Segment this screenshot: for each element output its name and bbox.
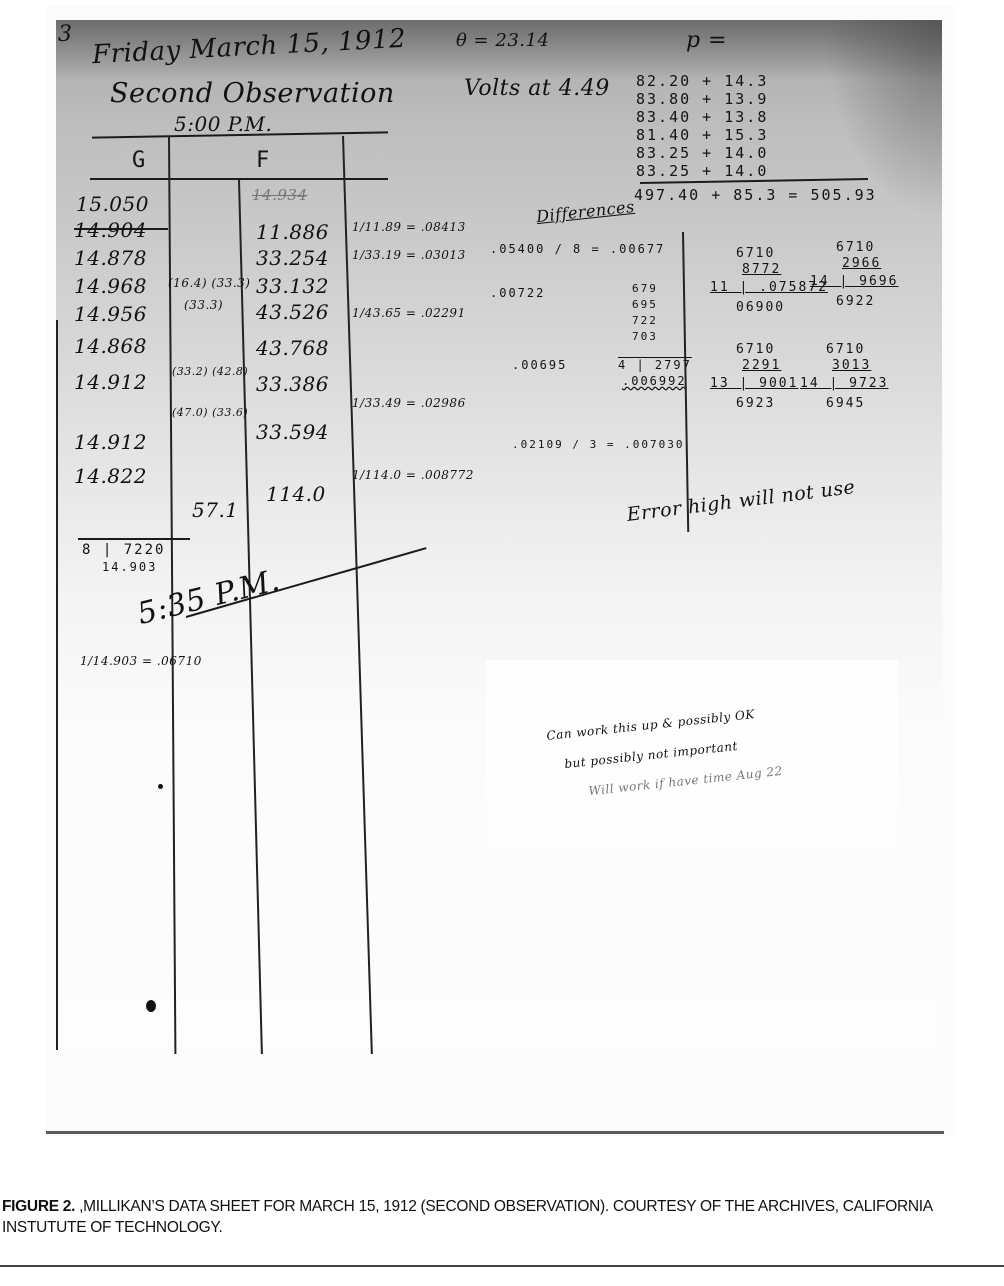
difference-item: .00695	[512, 358, 567, 372]
crossed-out-value: 14.934	[252, 186, 308, 204]
difference-item: .05400 / 8 = .00677	[490, 242, 665, 256]
division-result: 6922	[836, 294, 875, 309]
volts: Volts at 4.49	[464, 76, 610, 101]
reciprocal-row: 1/11.89 = .08413	[352, 220, 466, 234]
footer-rule	[0, 1265, 1004, 1267]
observation-title: Second Observation	[110, 78, 395, 109]
division-line: 2291	[742, 358, 781, 373]
division-line: 6710	[736, 246, 775, 261]
photo-bottom-rule	[46, 1131, 944, 1134]
g-value: 15.050	[76, 192, 149, 216]
g-value: 14.956	[74, 302, 147, 326]
pressure-row: 81.40 + 15.3	[636, 126, 768, 144]
division-line: 8772	[742, 262, 781, 277]
caption-text: ,MILLIKAN’S DATA SHEET FOR MARCH 15, 191…	[2, 1198, 932, 1236]
g-value: 14.878	[74, 246, 147, 270]
division-line: 6710	[736, 342, 775, 357]
pressure-row: 83.25 + 14.0	[636, 162, 768, 180]
g-value: 14.868	[74, 334, 147, 358]
ink-blot	[158, 784, 163, 789]
mid-note: (47.0) (33.6)	[172, 406, 248, 419]
f-value: 43.768	[256, 336, 329, 360]
mean-division: 8 | 7220	[82, 542, 165, 558]
mean-rule	[78, 538, 190, 540]
f-value: 33.386	[256, 372, 329, 396]
column-header-g: G	[132, 148, 147, 173]
division-dividend: 14 | 9696	[810, 274, 898, 289]
difference-value: 722	[632, 314, 658, 327]
error-note: Error high will not use	[626, 476, 857, 526]
difference-item: .00722	[490, 286, 545, 300]
reciprocal-row: 1/43.65 = .02291	[352, 306, 466, 320]
division-dividend: 13 | 9001	[710, 376, 798, 391]
sheet-date: Friday March 15, 1912	[91, 24, 406, 70]
division-line: 6710	[826, 342, 865, 357]
note-line: but possibly not important	[564, 739, 739, 771]
division-result: 6945	[826, 396, 865, 411]
column-divider	[342, 136, 373, 1054]
f-value: 33.594	[256, 420, 329, 444]
difference-value: 679	[632, 282, 658, 295]
mid-note: (33.3)	[184, 298, 223, 312]
g-mean: 14.903	[102, 560, 157, 574]
pressure-row: 83.80 + 13.9	[636, 90, 768, 108]
reciprocal-mean: 1/14.903 = .06710	[80, 654, 202, 668]
f-value: 33.254	[256, 246, 329, 270]
pressure-label: p =	[686, 28, 727, 53]
difference-value: 695	[632, 298, 658, 311]
page-mark: 3	[58, 22, 73, 47]
mid-note: 57.1	[192, 498, 239, 522]
division-line: 3013	[832, 358, 871, 373]
division-result: 6923	[736, 396, 775, 411]
division-dividend: 14 | 9723	[800, 376, 888, 391]
mid-note: (16.4) (33.3)	[168, 276, 250, 290]
mid-note: (33.2) (42.8)	[172, 365, 248, 378]
reciprocal-row: 1/33.19 = .03013	[352, 248, 466, 262]
column-header-f: F	[256, 148, 271, 173]
f-value: 11.886	[256, 220, 329, 244]
f-value: 33.132	[256, 274, 329, 298]
reciprocal-row: 1/33.49 = .02986	[352, 396, 466, 410]
note-line: Will work if have time Aug 22	[588, 764, 783, 798]
ink-blot	[146, 1000, 156, 1012]
differences-label: Differences	[535, 197, 635, 226]
g-value: 14.904	[74, 218, 147, 242]
temperature: θ = 23.14	[456, 30, 549, 51]
division-line: 6710	[836, 240, 875, 255]
g-value: 14.968	[74, 274, 147, 298]
division-result: 06900	[736, 300, 785, 315]
data-sheet-photo: 3 Friday March 15, 1912 Second Observati…	[56, 20, 942, 1054]
pressure-row: 83.25 + 14.0	[636, 144, 768, 162]
differences-mean: .006992	[622, 374, 687, 388]
pasted-note: Can work this up & possibly OK but possi…	[486, 660, 898, 850]
sheet-edge	[56, 320, 58, 1050]
pressure-row: 82.20 + 14.3	[636, 72, 768, 90]
pressure-row: 83.40 + 13.8	[636, 108, 768, 126]
difference-value: 703	[632, 330, 658, 343]
f-value: 114.0	[266, 482, 326, 506]
g-value: 14.912	[74, 430, 147, 454]
f-value: 43.526	[256, 300, 329, 324]
start-time: 5:00 P.M.	[174, 112, 272, 136]
division-line: 2966	[842, 256, 881, 271]
pressure-total: 497.40 + 85.3 = 505.93	[634, 186, 877, 204]
differences-sum: 4 | 2797	[618, 358, 692, 372]
g-value: 14.822	[74, 464, 147, 488]
figure-label: FIGURE 2.	[2, 1198, 75, 1215]
reciprocal-row: 1/114.0 = .008772	[352, 468, 474, 482]
figure-caption: FIGURE 2. ,MILLIKAN’S DATA SHEET FOR MAR…	[2, 1196, 992, 1238]
difference-item: .02109 / 3 = .007030	[512, 438, 684, 451]
g-value: 14.912	[74, 370, 147, 394]
note-line: Can work this up & possibly OK	[546, 707, 756, 743]
